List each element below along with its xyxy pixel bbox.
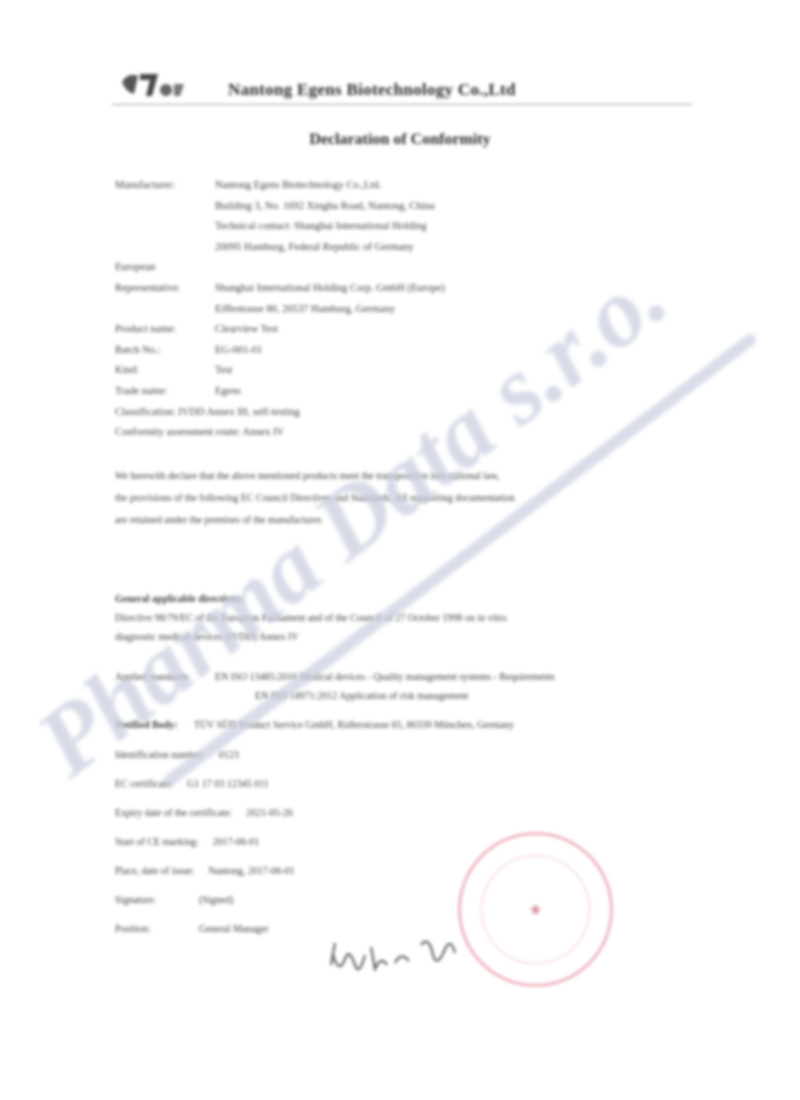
directive-line: diagnostic medical devices (IVDD) Annex … <box>115 628 685 647</box>
manufacturer-line: Technical contact: Shanghai Internationa… <box>215 217 427 238</box>
notified-body-label: Notified Body: <box>115 720 178 731</box>
document-title: Declaration of Conformity <box>0 131 800 149</box>
standards-label: Applied standards: <box>115 668 215 687</box>
classification-text: Classification: IVDD Annex III, self-tes… <box>115 403 300 424</box>
manufacturer-label: Manufacturer: <box>115 176 215 197</box>
kv-row: EC certificate:G1 17 03 12345 011 <box>115 779 269 790</box>
manufacturer-line: Nantong Egens Biotechnology Co.,Ltd. <box>215 176 381 197</box>
company-name: Nantong Egens Biotechnology Co.,Ltd <box>228 80 516 100</box>
trade-name-label: Trade name: <box>115 382 215 403</box>
manufacturer-row: Manufacturer: Nantong Egens Biotechnolog… <box>115 176 445 197</box>
product-name-label: Product name: <box>115 320 215 341</box>
kv-value: 0123 <box>219 750 239 761</box>
company-seal-stamp: ★ <box>458 832 613 987</box>
european-label: European <box>115 258 215 279</box>
declaration-line: the provisions of the following EC Counc… <box>115 488 695 510</box>
representative-line: Eiffestrasse 80, 20537 Hamburg, Germany <box>215 300 395 321</box>
kv-row: Expiry date of the certificate:2021-05-2… <box>115 808 293 819</box>
kv-label: Place, date of issue: <box>115 866 194 877</box>
seal-star-icon: ★ <box>528 900 542 920</box>
standard-line: EN ISO 14971:2012 Application of risk ma… <box>255 687 468 706</box>
general-directives-heading: General applicable directives: <box>115 590 685 609</box>
applied-standards-section: Applied standards: EN ISO 13485:2016 Med… <box>115 668 685 706</box>
kv-row: Start of CE marking:2017-06-01 <box>115 837 259 848</box>
kv-label: Start of CE marking: <box>115 837 199 848</box>
kv-value: 2017-06-01 <box>213 837 260 848</box>
kv-label: Identification number: <box>115 750 205 761</box>
kv-value: (Signed) <box>199 895 233 906</box>
kv-label: EC certificate: <box>115 779 173 790</box>
header-divider <box>112 104 692 105</box>
kv-row: Place, date of issue:Nantong, 2017-06-01 <box>115 866 295 877</box>
kv-value: Nantong, 2017-06-01 <box>208 866 294 877</box>
declaration-paragraph: We herewith declare that the above menti… <box>115 466 695 532</box>
product-fields: Manufacturer: Nantong Egens Biotechnolog… <box>115 176 445 444</box>
declaration-line: We herewith declare that the above menti… <box>115 466 695 488</box>
signature-icon <box>325 925 475 995</box>
kv-value: 2021-05-26 <box>246 808 293 819</box>
kind-label: Kind: <box>115 361 215 382</box>
product-name-value: Clearview Test <box>215 320 278 341</box>
kv-row: Position:General Manager <box>115 924 269 935</box>
declaration-line: are retained under the premises of the m… <box>115 510 695 532</box>
company-logo-icon <box>118 68 188 102</box>
trade-name-value: Egens <box>215 382 241 403</box>
kv-row: Signature:(Signed) <box>115 895 233 906</box>
representative-line: Shanghai International Holding Corp. Gmb… <box>215 279 445 300</box>
kv-label: Position: <box>115 924 185 935</box>
directive-line: Directive 98/79/EC of the European Parli… <box>115 609 685 628</box>
manufacturer-line: Building 3, No. 1692 Xinghu Road, Nanton… <box>215 197 435 218</box>
notified-body-value: TÜV SÜD Product Service GmbH, Ridlerstra… <box>194 720 514 731</box>
kv-label: Expiry date of the certificate: <box>115 808 232 819</box>
kind-value: Test <box>215 361 232 382</box>
model-label: Batch No.: <box>115 341 215 362</box>
document-page: Nantong Egens Biotechnology Co.,Ltd Decl… <box>0 0 800 1100</box>
kv-row: Identification number:0123 <box>115 750 239 761</box>
notified-body-row: Notified Body: TÜV SÜD Product Service G… <box>115 720 514 731</box>
kv-value: G1 17 03 12345 011 <box>187 779 269 790</box>
kv-label: Signature: <box>115 895 185 906</box>
model-value: EG-001-01 <box>215 341 262 362</box>
representative-label: Representative: <box>115 279 215 300</box>
standard-line: EN ISO 13485:2016 Medical devices - Qual… <box>215 668 555 687</box>
manufacturer-line: 20095 Hamburg, Federal Republic of Germa… <box>215 238 414 259</box>
kv-value: General Manager <box>199 924 269 935</box>
general-directives-section: General applicable directives: Directive… <box>115 590 685 647</box>
conformity-route-text: Conformity assessment route: Annex IV <box>115 423 284 444</box>
